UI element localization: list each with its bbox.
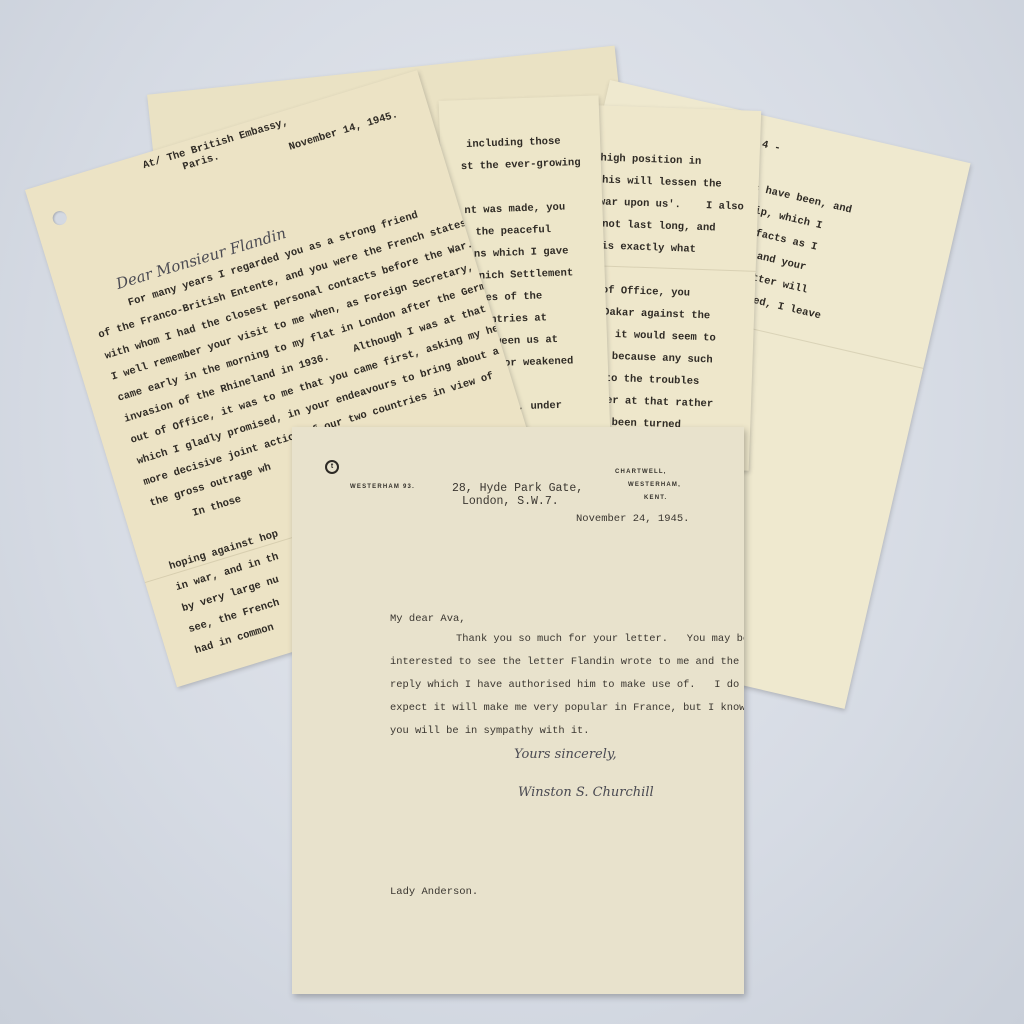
page3-line: is exactly what [601,236,696,261]
page2-line: es of the [485,285,542,309]
letterhead-country-line: WESTERHAM, [628,482,681,488]
handwritten-signature: Winston S. Churchill [518,785,654,800]
salutation: My dear Ava, [390,613,466,625]
letterhead-country-line: KENT. [644,495,667,501]
page2-line: st the ever-growing [461,152,581,178]
handwritten-closing: Yours sincerely, [514,747,617,762]
letter-to-lady-anderson: t WESTERHAM 93. 28, Hyde Park Gate, Lond… [292,427,744,994]
page2-line: the peaceful [469,219,552,244]
fold-crease [591,265,756,272]
body-line: Thank you so much for your letter. You m… [456,633,744,645]
letterhead-country-line: CHARTWELL, [615,469,667,475]
letter-date: November 14, 1945. [286,104,401,158]
letterhead-address-line: London, S.W.7. [462,495,559,509]
punch-hole [51,209,68,226]
body-line: interested to see the letter Flandin wro… [390,656,739,668]
letter-date: November 24, 1945. [576,513,689,525]
letterhead-telephone: WESTERHAM 93. [350,484,415,490]
telephone-icon: t [325,460,339,474]
page2-line: ween us at [495,329,559,353]
page2-line: ntries at [490,307,547,331]
body-line: expect it will make me very popular in F… [390,702,744,714]
letter-page-3: high position in this will lessen the wa… [584,105,761,471]
body-line: reply which I have authorised him to mak… [390,679,744,691]
body-line: you will be in sympathy with it. [390,725,590,737]
recipient-name: Lady Anderson. [390,886,478,898]
page3-line: of Office, you [601,280,690,305]
letterhead-address-line: 28, Hyde Park Gate, [452,482,583,496]
page2-line: nich Settlement [478,262,573,287]
